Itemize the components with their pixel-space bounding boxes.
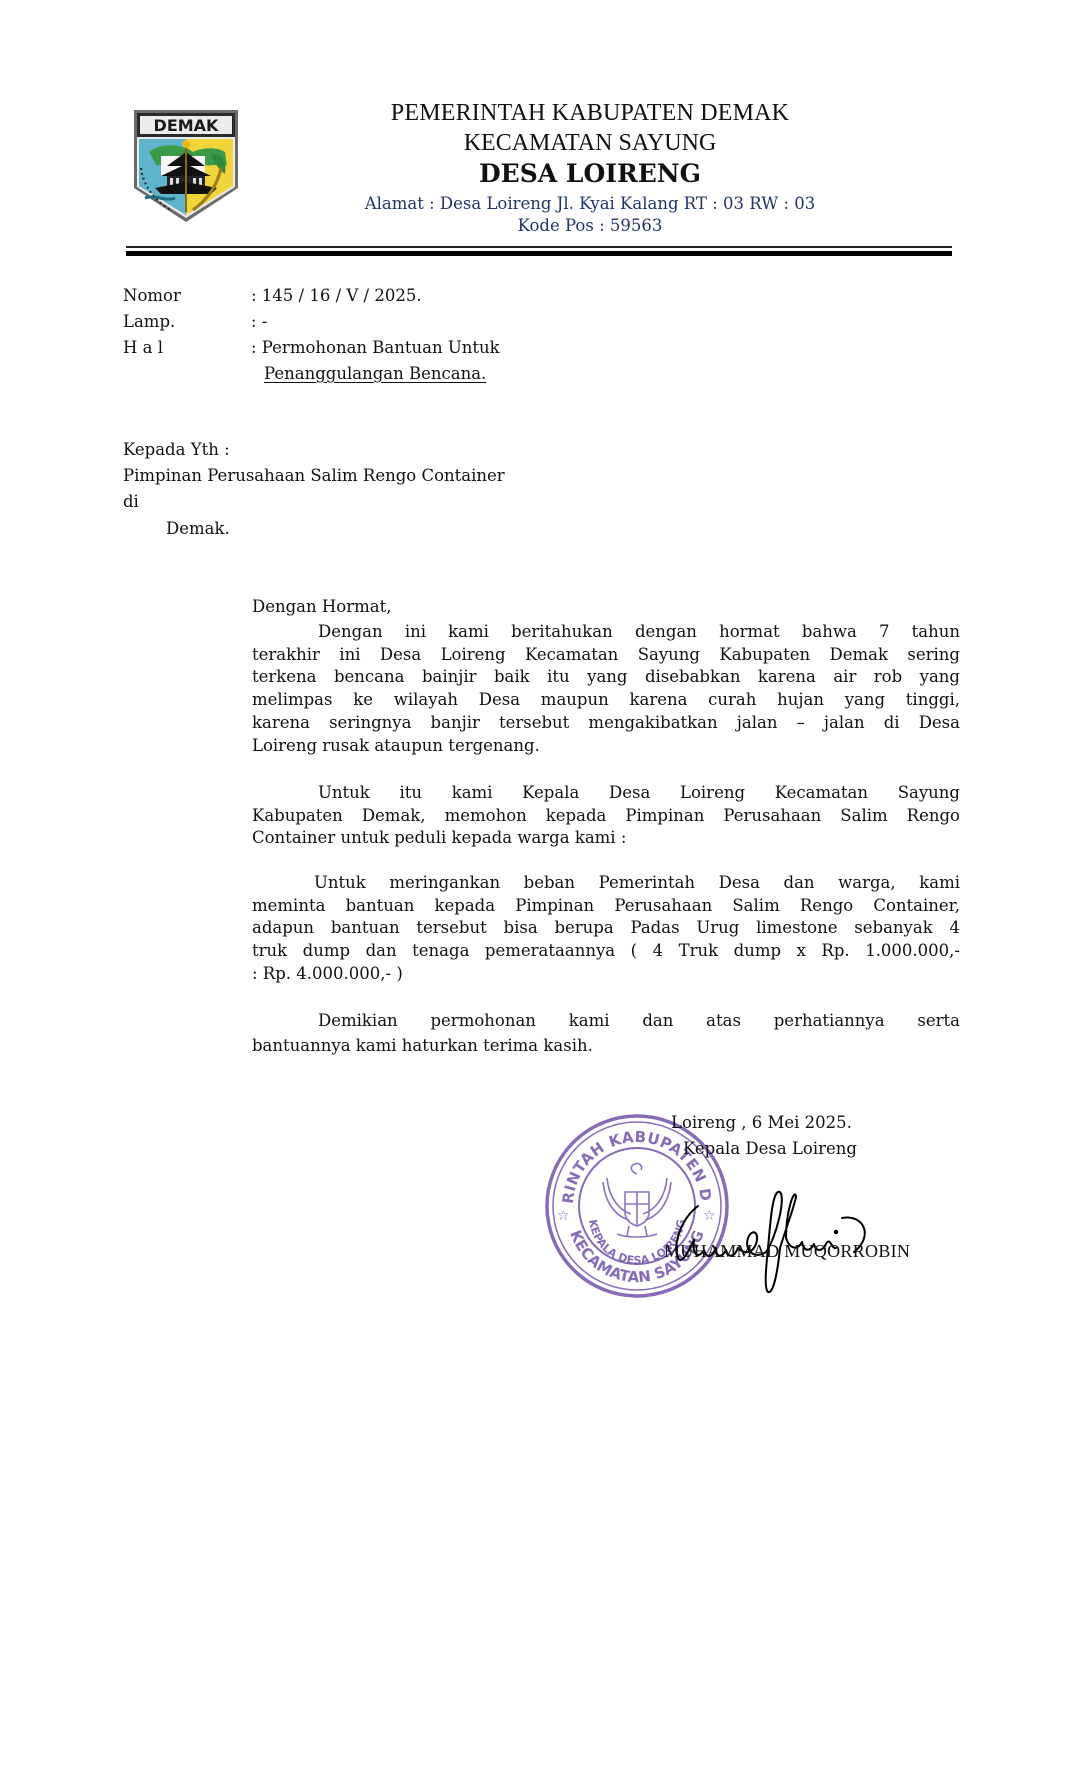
paragraph-1-line: terkena bencana bainjir baik itu yang di… xyxy=(252,666,960,689)
paragraph-3-line: adapun bantuan tersebut bisa berupa Pada… xyxy=(252,917,960,940)
paragraph-3-line: : Rp. 4.000.000,- ) xyxy=(252,963,960,986)
recipient-di: di xyxy=(123,491,139,513)
letterhead-address: Alamat : Desa Loireng Jl. Kyai Kalang RT… xyxy=(300,194,880,213)
recipient-salutation: Kepada Yth : xyxy=(123,439,230,461)
paragraph-1-line: Loireng rusak ataupun tergenang. xyxy=(252,735,960,758)
recipient-city: Demak. xyxy=(166,518,230,540)
hal-label: H a l xyxy=(123,337,163,359)
lamp-label: Lamp. xyxy=(123,311,175,333)
lamp-value: : - xyxy=(251,311,267,333)
nomor-label: Nomor xyxy=(123,285,181,307)
paragraph-2-line: Untuk itu kami Kepala Desa Loireng Kecam… xyxy=(318,783,960,802)
body-paragraph-3: Untuk meringankan beban Pemerintah Desa … xyxy=(252,872,960,986)
paragraph-1-line: Dengan ini kami beritahukan dengan horma… xyxy=(318,622,960,641)
letterhead-village: DESA LOIRENG xyxy=(300,159,880,188)
demak-regency-crest-icon: DEMAK xyxy=(131,108,241,224)
letterhead-divider-thick xyxy=(126,251,952,256)
paragraph-3-line: meminta bantuan kepada Pimpinan Perusaha… xyxy=(252,895,960,918)
letterhead-government: PEMERINTAH KABUPATEN DEMAK xyxy=(300,100,880,127)
paragraph-1-line: melimpas ke wilayah Desa maupun karena c… xyxy=(252,689,960,712)
paragraph-3-line: Untuk meringankan beban Pemerintah Desa … xyxy=(314,873,960,892)
hal-value: : Permohonan Bantuan Untuk xyxy=(251,337,500,359)
letterhead-divider-thin xyxy=(126,246,952,248)
paragraph-2-line: Kabupaten Demak, memohon kepada Pimpinan… xyxy=(252,805,960,828)
body-paragraph-4: Demikian permohonan kami dan atas perhat… xyxy=(252,1008,960,1058)
paragraph-4-line: bantuannya kami haturkan terima kasih. xyxy=(252,1033,960,1058)
paragraph-2-line: Container untuk peduli kepada warga kami… xyxy=(252,827,960,850)
nomor-value: : 145 / 16 / V / 2025. xyxy=(251,285,422,307)
paragraph-4-line: Demikian permohonan kami dan atas perhat… xyxy=(318,1011,960,1030)
place-date: Loireng , 6 Mei 2025. xyxy=(671,1113,852,1132)
signer-name: MUHAMMAD MUQORROBIN xyxy=(664,1241,910,1262)
body-paragraph-2: Untuk itu kami Kepala Desa Loireng Kecam… xyxy=(252,782,960,850)
paragraph-3-line: truk dump dan tenaga pemerataannya ( 4 T… xyxy=(252,940,960,963)
svg-text:DEMAK: DEMAK xyxy=(154,116,220,135)
hal-value-continued: Penanggulangan Bencana. xyxy=(264,363,486,385)
letterhead-postcode: Kode Pos : 59563 xyxy=(300,216,880,235)
recipient-name: Pimpinan Perusahaan Salim Rengo Containe… xyxy=(123,465,505,487)
body-paragraph-1: Dengan ini kami beritahukan dengan horma… xyxy=(252,621,960,757)
svg-text:☆: ☆ xyxy=(557,1208,570,1224)
paragraph-1-line: terakhir ini Desa Loireng Kecamatan Sayu… xyxy=(252,644,960,667)
letterhead-district: KECAMATAN SAYUNG xyxy=(300,130,880,157)
body-salutation: Dengan Hormat, xyxy=(252,596,391,618)
paragraph-1-line: karena seringnya banjir tersebut mengaki… xyxy=(252,712,960,735)
signer-position: Kepala Desa Loireng xyxy=(683,1139,857,1158)
